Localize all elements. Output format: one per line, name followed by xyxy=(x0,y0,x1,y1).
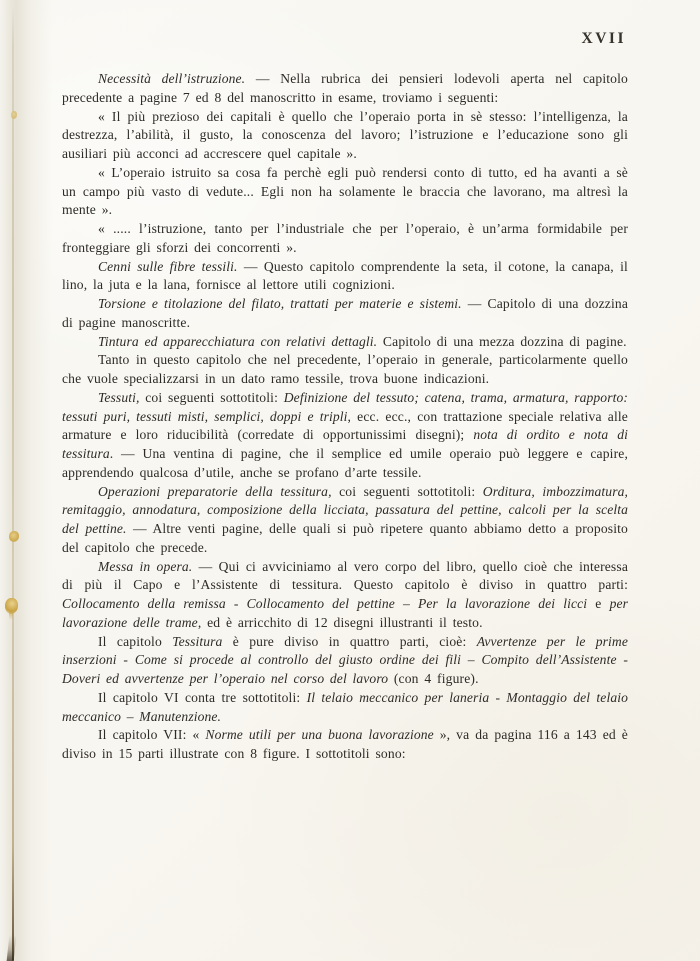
body-text: e xyxy=(587,596,609,611)
paragraph: Operazioni preparatorie della tessitura,… xyxy=(62,483,628,558)
binding-spot xyxy=(5,598,18,614)
page-number: XVII xyxy=(582,30,626,48)
paragraph: Cenni sulle fibre tessili. — Questo capi… xyxy=(62,258,628,296)
italic-text: Norme utili per una buona lavorazione xyxy=(205,727,433,742)
paragraph: Torsione e titolazione del filato, tratt… xyxy=(62,295,628,333)
paragraph: Tanto in questo capitolo che nel precede… xyxy=(62,351,628,389)
paragraph: Il capitolo VI conta tre sottotitoli: Il… xyxy=(62,689,628,727)
body-text: . — Una ventina di pagine, che il sempli… xyxy=(62,446,628,480)
italic-text: Operazioni preparatorie della tessitura, xyxy=(98,484,332,499)
italic-text: Torsione e titolazione del filato, tratt… xyxy=(98,296,462,311)
text-block: Necessità dell’istruzione. — Nella rubri… xyxy=(62,70,628,764)
body-text: , ed è arricchito di 12 disegni illustra… xyxy=(198,615,483,630)
body-text: coi seguenti sottotitoli: xyxy=(332,484,483,499)
body-text: « Il più prezioso dei capitali è quello … xyxy=(62,109,628,162)
body-text: è pure diviso in quattro parti, cioè: xyxy=(222,634,476,649)
paragraph: Necessità dell’istruzione. — Nella rubri… xyxy=(62,70,628,108)
body-text: — Altre venti pagine, delle quali si può… xyxy=(62,521,628,555)
body-text: Il capitolo VII: « xyxy=(98,727,205,742)
paragraph: Il capitolo Tessitura è pure diviso in q… xyxy=(62,633,628,689)
paragraph: Tintura ed apparecchiatura con relativi … xyxy=(62,333,628,352)
body-text: « ..... l’istruzione, tanto per l’indust… xyxy=(62,221,628,255)
page-edge-line xyxy=(12,6,14,961)
body-text: Il capitolo xyxy=(98,634,172,649)
italic-text: Collocamento della remissa - Collocament… xyxy=(62,596,587,611)
binding-spot xyxy=(11,111,17,119)
paragraph: « L’operaio istruito sa cosa fa perchè e… xyxy=(62,164,628,220)
paragraph: « ..... l’istruzione, tanto per l’indust… xyxy=(62,220,628,258)
italic-text: Tintura ed apparecchiatura con relativi … xyxy=(98,334,377,349)
italic-text: Tessitura xyxy=(172,634,222,649)
paragraph: « Il più prezioso dei capitali è quello … xyxy=(62,108,628,164)
body-text: coi seguenti sottotitoli: xyxy=(139,390,283,405)
body-text: Capitolo di una mezza dozzina di pagine. xyxy=(377,334,627,349)
body-text: Tanto in questo capitolo che nel precede… xyxy=(62,352,628,386)
paragraph: Messa in opera. — Qui ci avviciniamo al … xyxy=(62,558,628,633)
body-text: « L’operaio istruito sa cosa fa perchè e… xyxy=(62,165,628,218)
body-text: (con 4 figure). xyxy=(388,671,479,686)
italic-text: Cenni sulle fibre tessili. xyxy=(98,259,238,274)
paragraph: Tessuti, coi seguenti sottotitoli: Defin… xyxy=(62,389,628,483)
corner-mark xyxy=(7,935,17,961)
paragraph: Il capitolo VII: « Norme utili per una b… xyxy=(62,726,628,764)
italic-text: Tessuti, xyxy=(98,390,139,405)
body-text: Il capitolo VI conta tre sottotitoli: xyxy=(98,690,307,705)
italic-text: Necessità dell’istruzione. xyxy=(98,71,245,86)
binding-spot xyxy=(9,531,19,542)
scanned-page: XVII Necessità dell’istruzione. — Nella … xyxy=(0,0,700,961)
italic-text: Messa in opera. xyxy=(98,559,192,574)
page-edge-shadow xyxy=(0,0,52,961)
